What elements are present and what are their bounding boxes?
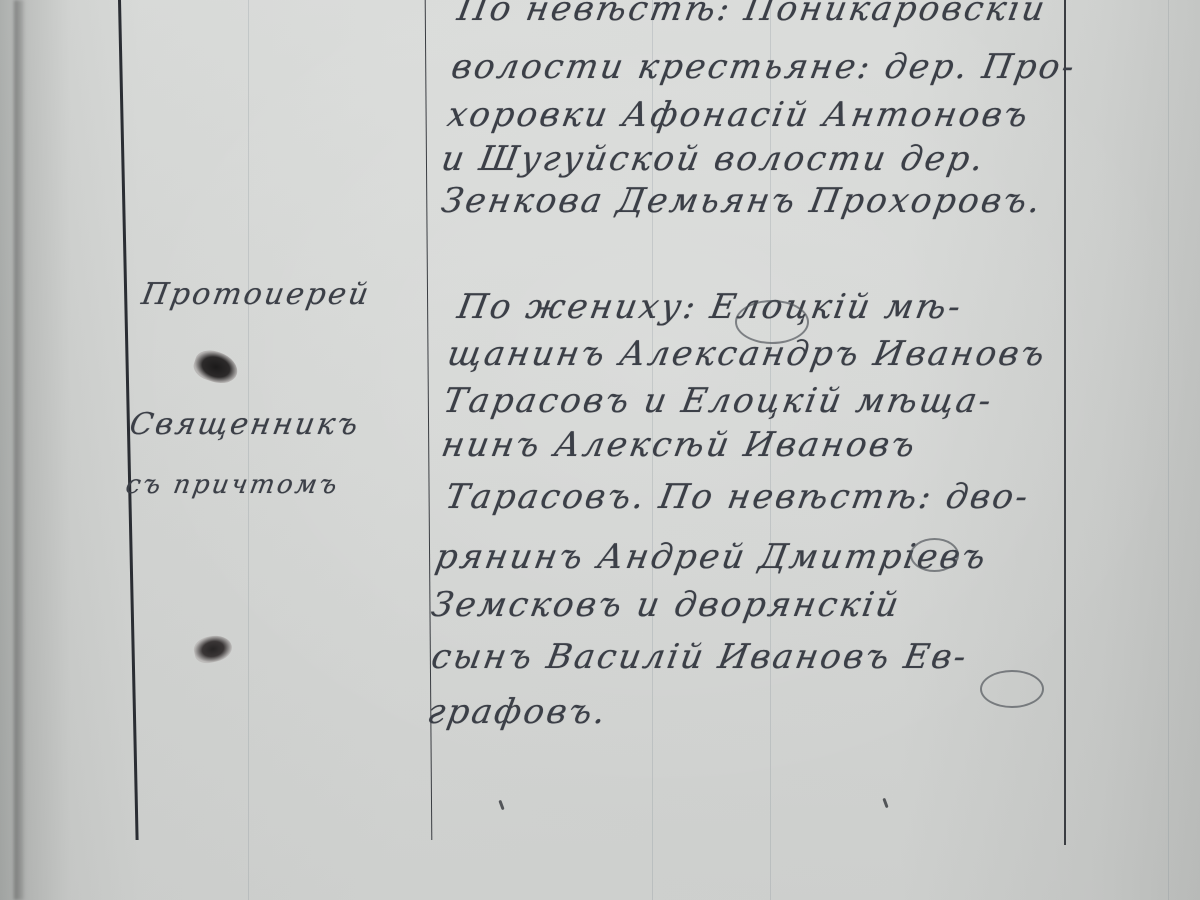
entry-bottom-line-2: щанинъ Александръ Ивановъ	[445, 337, 1049, 371]
clergy-line-1: Протоиерей	[139, 280, 373, 310]
entry-top-line-2: волости крестьяне: дер. Про-	[449, 50, 1079, 84]
entry-top-line-1: По невѣстѣ: Поникаровскій	[455, 0, 1049, 26]
book-spine-shadow	[14, 0, 24, 900]
entry-bottom-line-8: сынъ Василій Ивановъ Ев-	[429, 640, 971, 674]
faint-ruling-line	[248, 0, 249, 900]
entry-top-line-4: и Шугуйской волости дер.	[439, 142, 988, 176]
entry-bottom-line-7: Земсковъ и дворянскій	[429, 588, 903, 622]
ink-flourish	[735, 300, 809, 344]
ink-flourish	[910, 538, 959, 572]
entry-top-line-3: хоровки Афонасій Антоновъ	[445, 98, 1032, 132]
ink-flourish	[980, 670, 1044, 708]
entry-top-line-5: Зенкова Демьянъ Прохоровъ.	[439, 184, 1045, 218]
entry-bottom-line-4: нинъ Алексѣй Ивановъ	[439, 428, 920, 462]
clergy-line-3: съ причтомъ	[124, 472, 342, 498]
entry-bottom-line-5: Тарасовъ. По невѣстѣ: дво-	[443, 480, 1033, 514]
register-page: Протоиерей Священникъ съ причтомъ По нев…	[0, 0, 1200, 900]
faint-ruling-line	[1168, 0, 1169, 900]
right-column-rule	[1064, 0, 1066, 845]
clergy-line-2: Священникъ	[127, 410, 362, 440]
entry-bottom-line-1: По жениху: Елоцкій мѣ-	[455, 290, 965, 324]
ink-speck	[882, 798, 888, 808]
entry-bottom-line-3: Тарасовъ и Елоцкій мѣща-	[441, 384, 996, 418]
paper-hole	[190, 346, 241, 388]
entry-bottom-line-6: рянинъ Андрей Дмитріевъ	[433, 540, 990, 574]
ink-speck	[498, 800, 504, 810]
paper-hole	[192, 632, 235, 665]
entry-bottom-line-9: графовъ.	[425, 695, 611, 729]
